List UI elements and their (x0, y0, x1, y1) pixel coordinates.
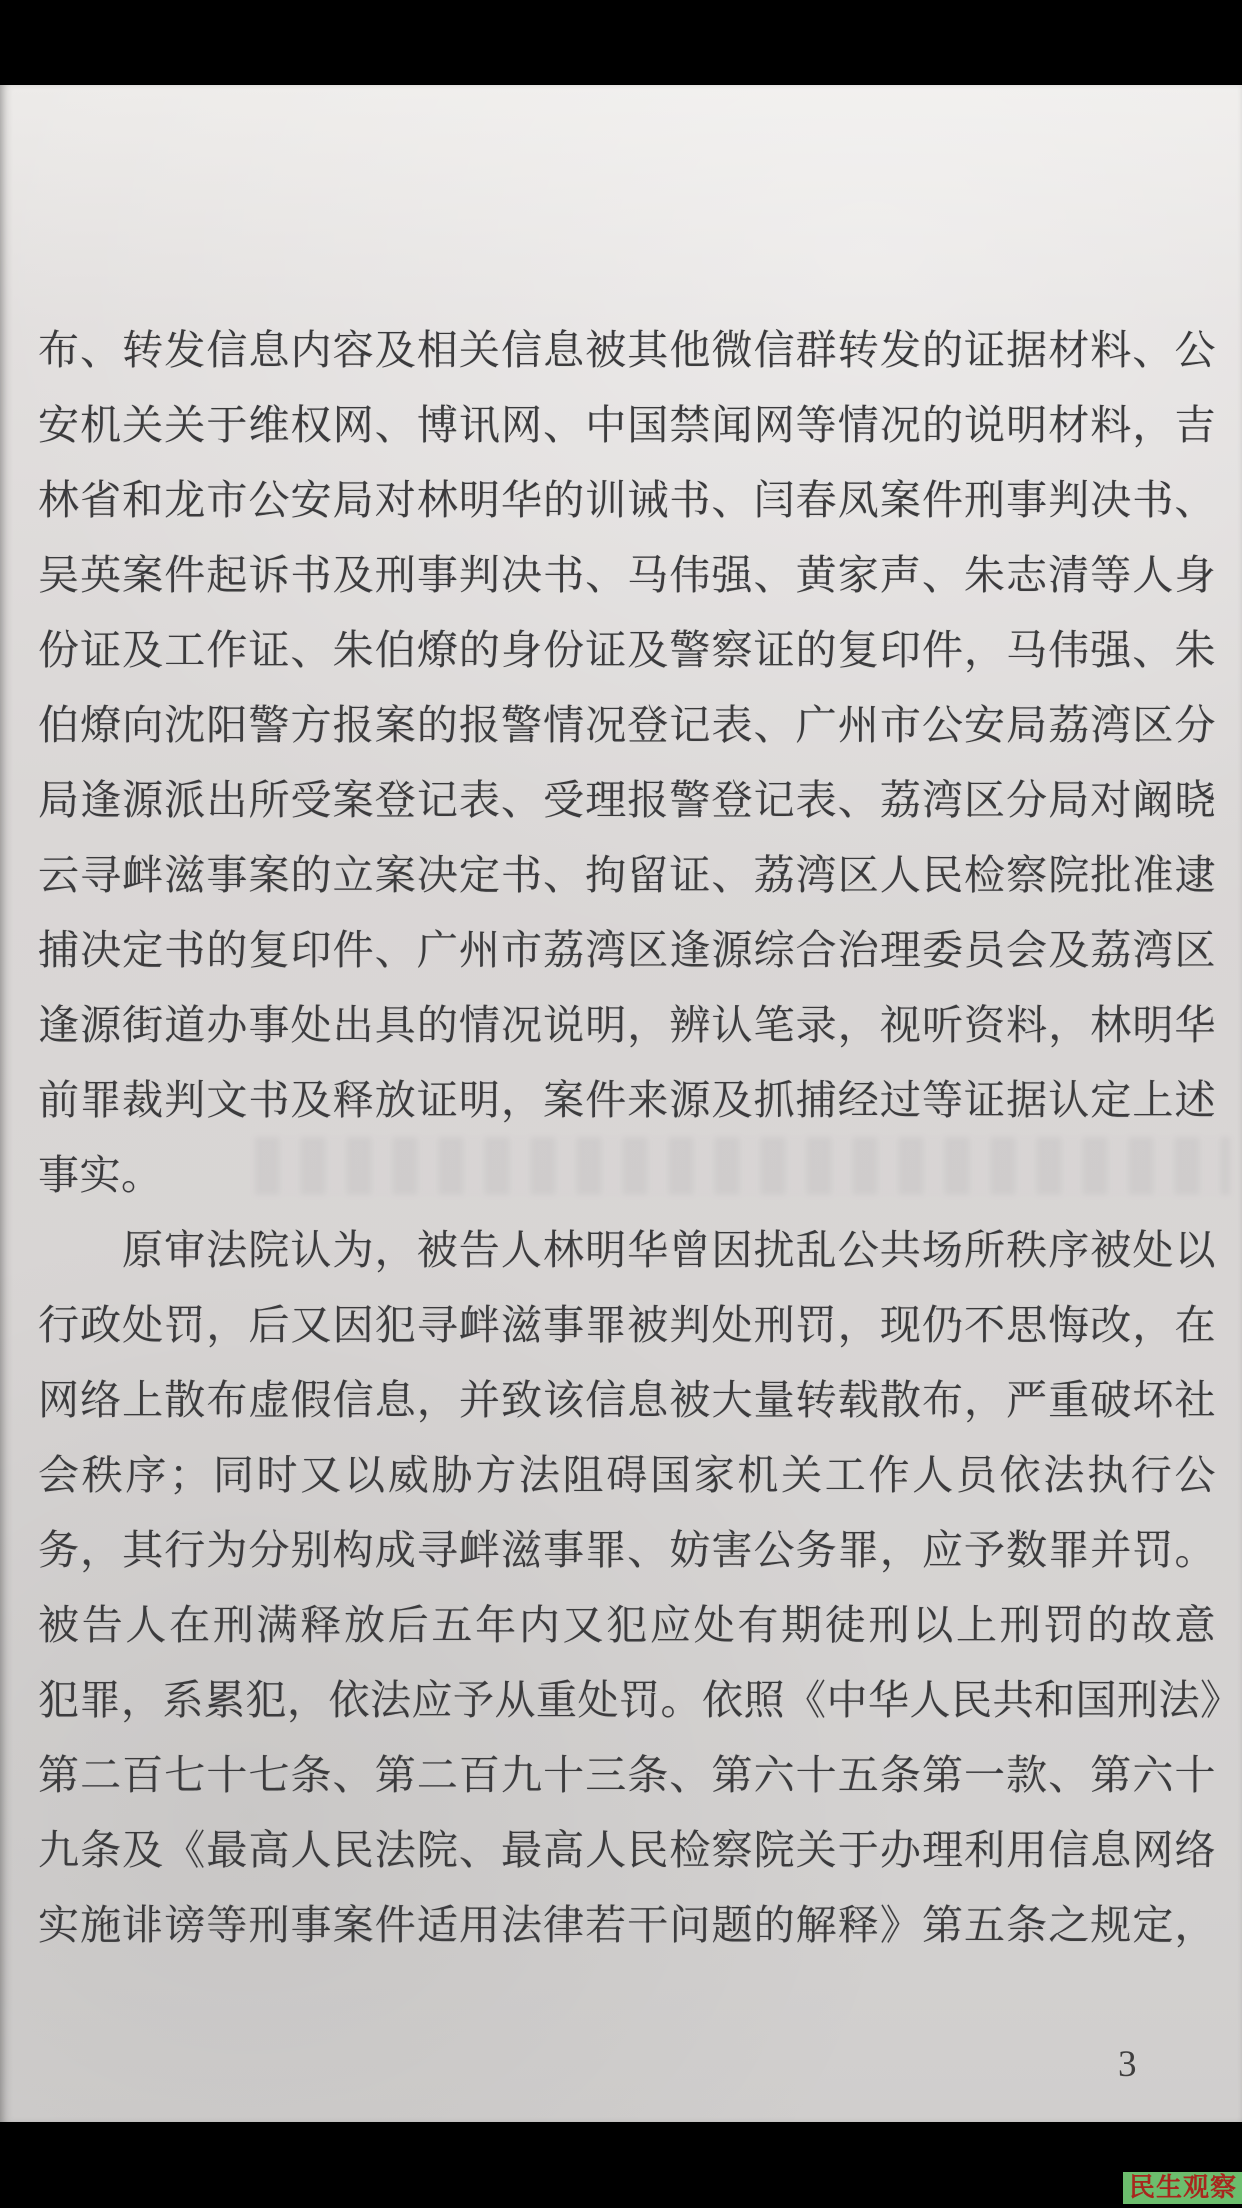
document-line: 事实。 (38, 1138, 1216, 1213)
document-line: 网络上散布虚假信息，并致该信息被大量转载散布，严重破坏社 (38, 1363, 1216, 1438)
document-line: 前罪裁判文书及释放证明，案件来源及抓捕经过等证据认定上述 (38, 1063, 1216, 1138)
watermark-badge: 民生观察 (1123, 2172, 1242, 2204)
document-line: 逢源街道办事处出具的情况说明，辨认笔录，视听资料，林明华 (38, 988, 1216, 1063)
document-line: 九条及《最高人民法院、最高人民检察院关于办理利用信息网络 (38, 1813, 1216, 1888)
document-line: 份证及工作证、朱伯燎的身份证及警察证的复印件，马伟强、朱 (38, 613, 1216, 688)
letterbox-bottom: 民生观察 (0, 2122, 1242, 2208)
document-line: 云寻衅滋事案的立案决定书、拘留证、荔湾区人民检察院批准逮 (38, 838, 1216, 913)
document-line: 吴英案件起诉书及刑事判决书、马伟强、黄家声、朱志清等人身 (38, 538, 1216, 613)
document-line: 伯燎向沈阳警方报案的报警情况登记表、广州市公安局荔湾区分 (38, 688, 1216, 763)
document-line: 会秩序；同时又以威胁方法阻碍国家机关工作人员依法执行公 (38, 1438, 1216, 1513)
document-line: 务，其行为分别构成寻衅滋事罪、妨害公务罪，应予数罪并罚。 (38, 1513, 1216, 1588)
document-line: 第二百七十七条、第二百九十三条、第六十五条第一款、第六十 (38, 1738, 1216, 1813)
document-line: 布、转发信息内容及相关信息被其他微信群转发的证据材料、公 (38, 313, 1216, 388)
document-text: 布、转发信息内容及相关信息被其他微信群转发的证据材料、公安机关关于维权网、博讯网… (38, 313, 1216, 1963)
document-line: 林省和龙市公安局对林明华的训诫书、闫春凤案件刑事判决书、 (38, 463, 1216, 538)
document-line: 局逢源派出所受案登记表、受理报警登记表、荔湾区分局对阚晓 (38, 763, 1216, 838)
document-line: 原审法院认为，被告人林明华曾因扰乱公共场所秩序被处以 (38, 1213, 1216, 1288)
document-line: 行政处罚，后又因犯寻衅滋事罪被判处刑罚，现仍不思悔改，在 (38, 1288, 1216, 1363)
document-line: 被告人在刑满释放后五年内又犯应处有期徒刑以上刑罚的故意 (38, 1588, 1216, 1663)
page-number: 3 (1118, 2043, 1137, 2086)
document-line: 安机关关于维权网、博讯网、中国禁闻网等情况的说明材料，吉 (38, 388, 1216, 463)
photo-viewer-screen: 布、转发信息内容及相关信息被其他微信群转发的证据材料、公安机关关于维权网、博讯网… (0, 0, 1242, 2208)
document-line: 捕决定书的复印件、广州市荔湾区逢源综合治理委员会及荔湾区 (38, 913, 1216, 988)
document-line: 犯罪，系累犯，依法应予从重处罚。依照《中华人民共和国刑法》 (38, 1663, 1216, 1738)
document-page: 布、转发信息内容及相关信息被其他微信群转发的证据材料、公安机关关于维权网、博讯网… (0, 85, 1242, 2122)
document-line: 实施诽谤等刑事案件适用法律若干问题的解释》第五条之规定， (38, 1888, 1216, 1963)
letterbox-top (0, 0, 1242, 85)
